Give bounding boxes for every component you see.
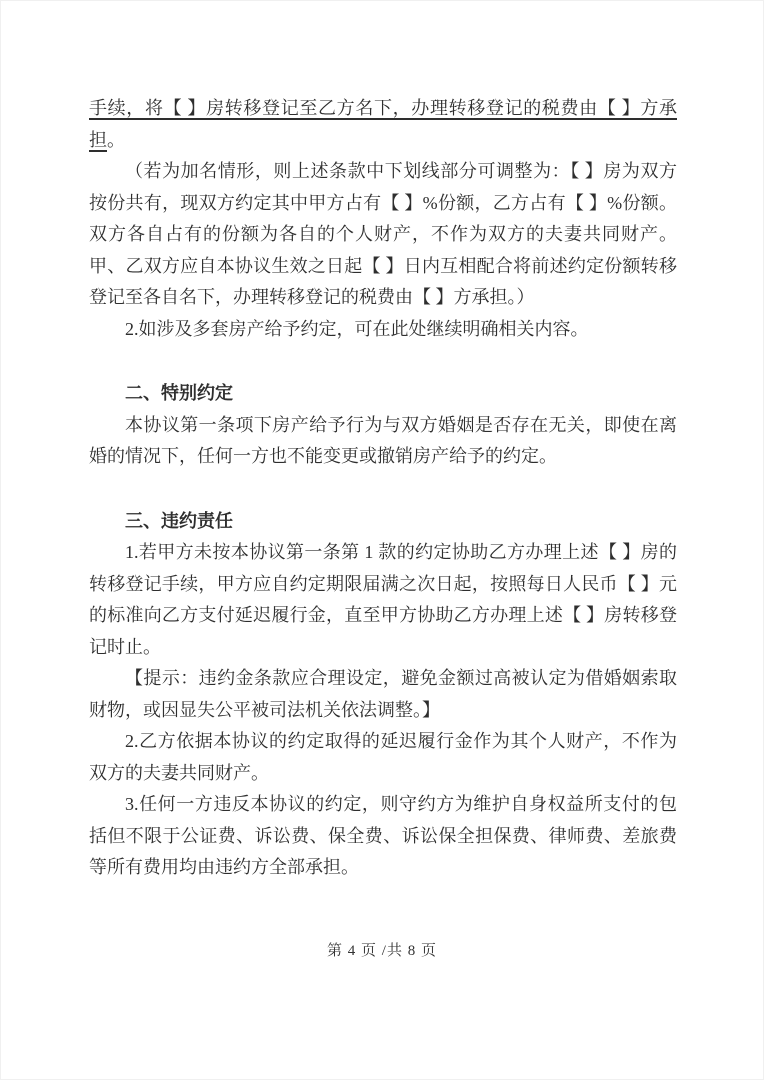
clause-breach-item-3: 3.任何一方违反本协议的约定，则守约方为维护自身权益所支付的包括但不限于公证费、…	[89, 789, 677, 884]
page-footer: 第 4 页 /共 8 页	[1, 939, 763, 963]
section-heading-special-agreement: 二、特别约定	[89, 378, 677, 410]
clause-breach-item-1: 1.若甲方未按本协议第一条第 1 款的约定协助乙方办理上述【 】房的转移登记手续…	[89, 537, 677, 663]
clause-name-adding-alternative: （若为加名情形，则上述条款中下划线部分可调整为：【 】房为双方按份共有，现双方约…	[89, 156, 677, 314]
section-heading-breach-liability: 三、违约责任	[89, 506, 677, 538]
clause-breach-item-2: 2.乙方依据本协议的约定取得的延迟履行金作为其个人财产，不作为双方的夫妻共同财产…	[89, 726, 677, 789]
clause-special-agreement-body: 本协议第一条项下房产给予行为与双方婚姻是否存在无关，即使在离婚的情况下，任何一方…	[89, 410, 677, 473]
clause-breach-tip-note: 【提示：违约金条款应合理设定，避免金额过高被认定为借婚姻索取财物，或因显失公平被…	[89, 663, 677, 726]
clause-multiple-properties: 2.如涉及多套房产给予约定，可在此处继续明确相关内容。	[89, 314, 677, 346]
document-page: 手续，将【 】房转移登记至乙方名下，办理转移登记的税费由【 】方承担。 （若为加…	[0, 0, 764, 1080]
clause-transfer-registration-continuation: 手续，将【 】房转移登记至乙方名下，办理转移登记的税费由【 】方承担。	[89, 93, 677, 156]
page-number-indicator: 第 4 页 /共 8 页	[327, 943, 437, 959]
underlined-clause-text: 手续，将【 】房转移登记至乙方名下，办理转移登记的税费由【 】方承担	[89, 98, 677, 150]
document-body: 手续，将【 】房转移登记至乙方名下，办理转移登记的税费由【 】方承担。 （若为加…	[89, 93, 677, 884]
clause-trailing-punctuation: 。	[107, 130, 125, 150]
